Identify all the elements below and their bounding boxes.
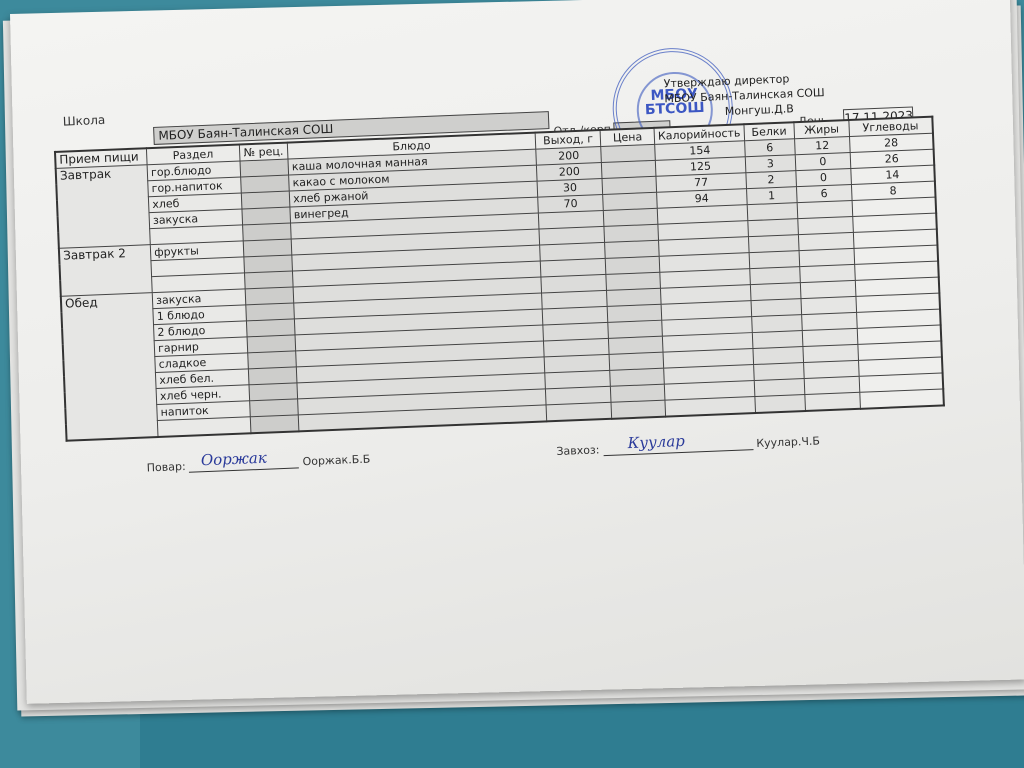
cell-price (611, 400, 665, 419)
manager-signature-block: Завхоз: Куулар Куулар.Ч.Б (556, 434, 820, 458)
manager-signature-line: Куулар (603, 437, 753, 456)
cell-recipe (240, 175, 289, 193)
cell-recipe (240, 159, 289, 177)
meal-name: Завтрак (56, 165, 151, 249)
menu-table-body: Завтракгор.блюдокаша молочная манная2001… (56, 133, 944, 441)
cell-recipe (244, 271, 293, 289)
cell-recipe (248, 383, 297, 401)
school-label: Школа (63, 113, 106, 129)
cell-recipe (241, 191, 290, 209)
cell-carbs (859, 389, 943, 409)
manager-name: Куулар.Ч.Б (756, 434, 820, 450)
menu-sheet: Школа МБОУ Баян-Талинская СОШ Отд./корп … (52, 78, 947, 493)
cell-recipe (248, 367, 297, 385)
manager-label: Завхоз: (556, 443, 600, 458)
cell-section (157, 417, 250, 437)
cook-name: Ооржак.Б.Б (302, 453, 370, 469)
cell-output (546, 402, 612, 421)
header-protein: Белки (744, 122, 795, 141)
cell-protein (754, 395, 805, 414)
manager-signature: Куулар (627, 432, 685, 452)
approval-block: Утверждаю директор МБОУ Баян-Талинская С… (663, 70, 825, 121)
cell-calories (665, 397, 755, 417)
cell-recipe (247, 335, 296, 353)
cook-signature: Ооржак (201, 449, 268, 470)
cell-recipe (245, 287, 294, 305)
menu-table: Прием пищи Раздел № рец. Блюдо Выход, г … (54, 116, 945, 442)
cell-fat (805, 392, 860, 411)
header-recipe: № рец. (239, 143, 288, 161)
cell-recipe (250, 415, 299, 433)
meal-name: Обед (61, 293, 158, 441)
cell-recipe (243, 255, 292, 273)
cook-signature-block: Повар: Ооржак Ооржак.Б.Б (146, 453, 370, 475)
menu-document: Школа МБОУ Баян-Талинская СОШ Отд./корп … (10, 0, 1024, 704)
cook-signature-line: Ооржак (189, 455, 299, 472)
cell-recipe (243, 239, 292, 257)
meal-name: Завтрак 2 (59, 245, 152, 297)
cell-recipe (247, 351, 296, 369)
cook-label: Повар: (146, 460, 185, 475)
